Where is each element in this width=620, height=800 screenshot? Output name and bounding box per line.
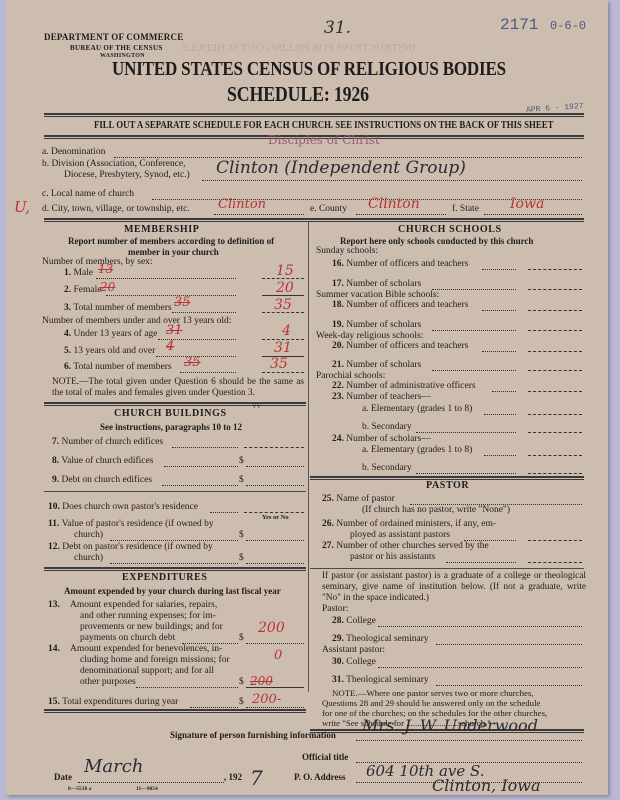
q5-value: 31 [274,340,292,356]
q3-field[interactable] [262,312,304,313]
q14-label-3: denominational support; and for all [80,666,214,676]
q15-value: 200- [252,692,281,707]
form-code-2: 11—9054 [136,786,158,792]
divider [44,218,584,222]
q26-label: Number of ordained ministers, if any, em… [336,519,496,529]
q19-number: 19. [332,320,344,330]
divider [44,113,584,117]
denomination-value: Disciples of Christ [268,133,380,147]
q21-scratch-field[interactable] [432,370,516,371]
q15-field[interactable] [246,707,304,708]
by-age-label: Number of members under and over 13 year… [42,316,231,326]
q24a-field[interactable] [528,455,582,456]
city-value: Clinton [218,197,266,212]
q10-field[interactable] [244,512,304,513]
address-line-2: Clinton, Iowa [432,776,541,795]
q17-number: 17. [332,279,344,289]
q18-label: Number of officers and teachers [346,300,468,310]
q12-number: 12. [48,542,60,552]
q13-label-2: and other running expenses; for im- [80,611,216,621]
q27-scratch-field[interactable] [446,562,516,563]
q16-scratch-field[interactable] [482,269,516,270]
q3-value: 35 [274,297,292,313]
parochial-schools-label: Parochial schools: [316,371,385,381]
q9-label: Debt on church edifices [62,475,152,485]
q11-label: Value of pastor's residence (if owned by [62,519,214,529]
q21-number: 21. [332,360,344,370]
q2-struck-value: 20 [100,280,115,294]
q14-value: 0 [274,648,282,663]
q22-label: Number of administrative officers [346,381,475,391]
q12-scratch-field[interactable] [110,563,238,564]
county-value: Clinton [368,196,420,212]
q9-scratch-field[interactable] [162,485,238,486]
q2-number: 2. [64,285,71,295]
instruction-banner: FILL OUT A SEPARATE SCHEDULE FOR EACH CH… [94,120,554,131]
q7-label: Number of church edifices [62,437,164,447]
q22-scratch-field[interactable] [492,391,516,392]
q7-number: 7. [52,437,59,447]
q22-number: 22. [332,381,344,391]
q6-number: 6. [64,362,71,372]
q29-label: Theological seminary [346,634,429,644]
bureau-label: BUREAU OF THE CENSUS [70,44,163,52]
denomination-label: a. Denomination [42,147,105,157]
q11-number: 11. [48,519,59,529]
q13-label-1: Amount expended for salaries, repairs, [70,600,217,610]
q1-scratch-field[interactable] [96,278,236,279]
q5-label: 13 years old and over [74,346,156,356]
margin-mark: U, [14,198,30,216]
q4-value: 4 [282,323,291,339]
q27-label-cont: pastor or his assistants [350,552,435,562]
q24b-field[interactable] [528,473,582,474]
year-prefix: , 192 [224,772,242,782]
q26-field[interactable] [528,540,582,541]
division-label: b. Division (Association, Conference, [42,159,186,169]
q23-label: Number of teachers— [346,392,430,402]
q12-label: Debt on pastor's residence (if owned by [62,542,213,552]
q17-scratch-field[interactable] [432,289,516,290]
divider [44,402,306,406]
q3-number: 3. [64,303,71,313]
buildings-heading: CHURCH BUILDINGS [114,408,227,419]
graduate-instructions: If pastor (or assistant pastor) is a gra… [322,571,586,604]
form-title: UNITED STATES CENSUS OF RELIGIOUS BODIES [112,58,506,81]
q7-field[interactable] [244,447,304,448]
q1-number: 1. [64,268,71,278]
q25-number: 25. [322,494,334,504]
q13-field[interactable] [246,643,304,644]
q2-field[interactable] [262,295,304,296]
q10-scratch-field[interactable] [210,512,238,513]
q4-number: 4. [64,329,71,339]
q20-label: Number of officers and teachers [346,341,468,351]
q13-currency: $ [239,633,244,643]
q24b-label: b. Secondary [362,463,412,473]
q23-number: 23. [332,392,344,402]
q15-label: Total expenditures during year [62,697,178,707]
q5-struck-value: 4 [166,339,174,354]
q25-hint: (If church has no pastor, write "None") [362,505,510,515]
q13-label-4: payments on church debt [80,633,175,643]
weekday-schools-label: Week-day religious schools: [316,331,423,341]
official-title-label: Official title [302,752,348,762]
local-church-name-value: Clinton (Independent Group) [216,158,466,178]
q14-label-2: cluding home and foreign missions; for [80,655,230,665]
q25-label: Name of pastor [336,494,395,504]
schools-subheading: Report here only schools conducted by th… [340,236,533,246]
q13-number: 13. [48,600,60,610]
q13-value: 200 [258,620,285,636]
q23b-field[interactable] [528,432,582,433]
q12-currency: $ [239,553,244,563]
bleed-through-text: INSTRUCTIONS FOR FILLING OUT SCHEDULE [181,42,415,54]
q17-label: Number of scholars [346,279,421,289]
state-label: f. State [452,204,479,214]
q15-scratch-field[interactable] [190,707,238,708]
q3-struck-value: 35 [174,295,191,310]
q2-label: Female [74,285,102,295]
q24-number: 24. [332,434,344,444]
q27-field[interactable] [528,562,582,563]
q24-label: Number of scholars— [346,434,430,444]
city-label: d. City, town, village, or township, etc… [42,204,190,214]
q2-value: 20 [276,280,294,296]
membership-subheading: Report number of members according to de… [68,236,274,246]
q26-label-cont: ployed as assistant pastors [350,530,450,540]
q28-field[interactable] [378,626,582,627]
q6-value: 35 [270,356,288,372]
q24b-scratch-field[interactable] [416,473,516,474]
po-address-label: P. O. Address [294,772,346,782]
pastor-label: Pastor: [322,604,348,614]
q16-number: 16. [332,259,344,269]
q19-label: Number of scholars [346,320,421,330]
signature-label: Signature of person furnishing informati… [170,730,336,740]
q13-label-3: provements or new buildings; and for [80,622,223,632]
pastor-heading: PASTOR [426,480,469,491]
q14-scratch-field[interactable] [136,687,238,688]
q16-label: Number of officers and teachers [346,259,468,269]
q18-scratch-field[interactable] [482,310,516,311]
q4-struck-value: 31 [166,323,183,338]
q17-field[interactable] [528,289,582,290]
q15-currency: $ [239,697,244,707]
q24a-scratch-field[interactable] [484,455,516,456]
q14-label-1: Amount expended for benevolences, in- [70,644,222,654]
q20-number: 20. [332,341,344,351]
division-label-cont: Diocese, Presbytery, Synod, etc.) [64,170,190,180]
schools-heading: CHURCH SCHOOLS [398,224,502,235]
local-name-label: c. Local name of church [42,189,134,199]
q23b-scratch-field[interactable] [416,432,516,433]
q10-hint: Yes or No [262,514,289,521]
q10-label: Does church own pastor's residence [62,502,198,512]
q14-number: 14. [48,644,60,654]
state-value: Iowa [510,196,544,212]
divider [44,709,306,713]
q3-scratch-field[interactable] [172,312,236,313]
membership-heading: MEMBERSHIP [124,224,199,235]
divider [44,567,306,571]
signature-field[interactable] [356,740,582,741]
q23b-label: b. Secondary [362,422,412,432]
q8-field[interactable] [246,466,304,467]
date-label: Date [54,772,72,782]
q20-field[interactable] [528,351,582,352]
handwritten-number: 31. [324,18,351,38]
q30-number: 30. [332,657,344,667]
q21-label: Number of scholars [346,360,421,370]
q18-number: 18. [332,300,344,310]
q9-field[interactable] [246,485,304,486]
q30-label: College [346,657,376,667]
q27-number: 27. [322,541,334,551]
q1-field[interactable] [262,278,304,279]
city-field[interactable] [214,214,304,215]
q29-field[interactable] [436,644,582,645]
divider [44,491,306,492]
q11-label-cont: church) [74,530,103,540]
q8-scratch-field[interactable] [164,466,238,467]
q14-field[interactable] [246,687,304,688]
sunday-schools-label: Sunday schools: [316,246,378,256]
date-field[interactable] [78,782,224,783]
q6-scratch-field[interactable] [180,372,236,373]
q2-scratch-field[interactable] [106,295,236,296]
q14-currency: $ [239,677,244,687]
q24a-label: a. Elementary (grades 1 to 8) [362,445,472,455]
q23a-field[interactable] [528,414,582,415]
county-label: e. County [310,204,347,214]
q3-label: Total number of members [73,303,171,313]
q8-number: 8. [52,456,59,466]
q19-field[interactable] [528,330,582,331]
q1-value: 15 [276,263,294,279]
q8-label: Value of church edifices [61,456,153,466]
q1-label: Male [74,268,94,278]
q31-label: Theological seminary [346,675,429,685]
state-field[interactable] [484,214,582,215]
summer-schools-label: Summer vacation Bible schools: [316,290,439,300]
q9-number: 9. [52,475,59,485]
membership-subheading-cont: member in your church [128,247,219,257]
q14-struck-value: 200 [250,674,273,688]
q6-label: Total number of members [73,362,171,372]
q15-number: 15. [48,697,60,707]
q30-field[interactable] [378,667,582,668]
department-label: DEPARTMENT OF COMMERCE [44,32,183,42]
column-divider [308,222,309,692]
year-value: 7 [250,766,263,790]
signature-value: Mrs. J. W. Underwood [362,716,538,735]
q7-scratch-field[interactable] [172,447,238,448]
q31-number: 31. [332,675,344,685]
membership-note: NOTE.—The total given under Question 6 s… [52,377,304,399]
schedule-title: SCHEDULE: 1926 [227,82,369,107]
q28-label: College [346,616,376,626]
expenditures-subheading: Amount expended by your church during la… [64,586,281,596]
q5-number: 5. [64,346,71,356]
divider [310,568,584,569]
pastor-note-2: Questions 28 and 29 should be answered o… [322,698,540,708]
q11-field[interactable] [246,540,304,541]
q23a-label: a. Elementary (grades 1 to 8) [362,404,472,414]
q1-struck-value: 13 [98,262,113,276]
q27-label: Number of other churches served by the [336,541,488,551]
q18-field[interactable] [528,310,582,311]
q10-number: 10. [48,502,60,512]
q6-struck-value: 35 [184,355,201,370]
q14-label-4: other purposes [80,677,136,687]
q23a-scratch-field[interactable] [484,414,516,415]
q16-field[interactable] [528,269,582,270]
q20-scratch-field[interactable] [482,351,516,352]
q22-field[interactable] [528,391,582,392]
q29-number: 29. [332,634,344,644]
q8-currency: $ [239,456,244,466]
stamp-number: 2171 [500,16,538,34]
date-value: March [84,756,143,777]
buildings-subheading: See instructions, paragraphs 10 to 12 [100,422,242,432]
county-field[interactable] [356,214,446,215]
q11-scratch-field[interactable] [110,540,238,541]
assistant-pastor-label: Assistant pastor: [322,645,385,655]
q4-label: Under 13 years of age [74,329,158,339]
q28-number: 28. [332,616,344,626]
census-schedule-sheet: INSTRUCTIONS FOR FILLING OUT SCHEDULE DE… [6,0,608,795]
stamp-code: 0-6-0 [550,19,586,33]
q12-label-cont: church) [74,553,103,563]
form-code-1: 8—5518 a [68,786,91,792]
pastor-note-1: NOTE.—Where one pastor serves two or mor… [332,688,534,698]
q11-currency: $ [239,530,244,540]
q31-field[interactable] [436,685,582,686]
expenditures-heading: EXPENDITURES [122,572,208,583]
q6-field[interactable] [262,372,304,373]
division-field[interactable] [202,180,582,181]
q21-field[interactable] [528,370,582,371]
q26-number: 26. [322,519,334,529]
q19-scratch-field[interactable] [432,330,516,331]
q12-field[interactable] [246,563,304,564]
q9-currency: $ [239,475,244,485]
